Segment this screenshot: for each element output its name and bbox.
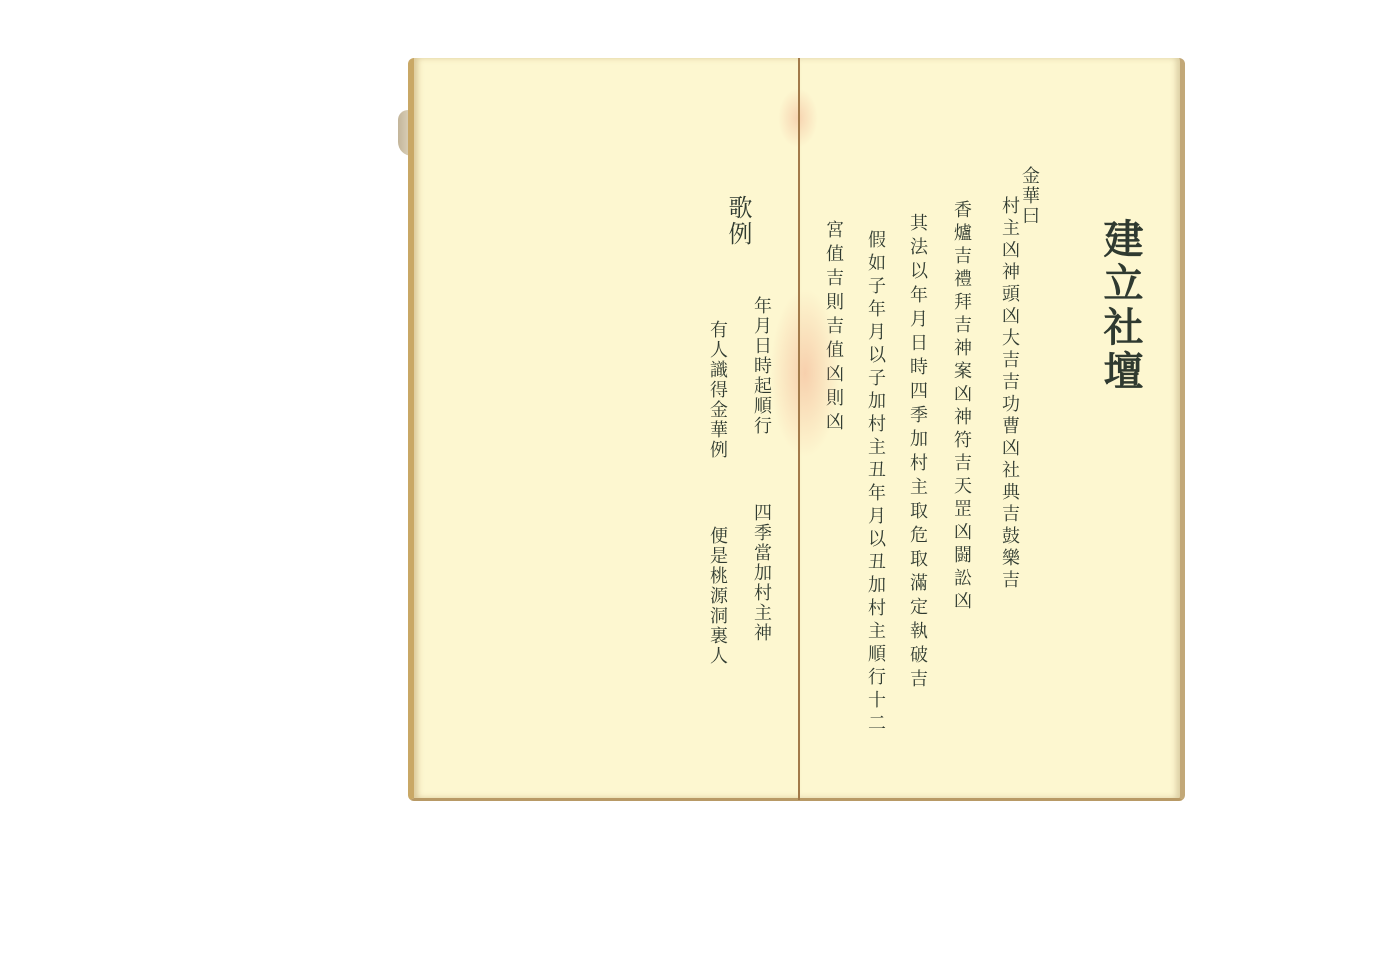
- verse-line-1a: 年月日時起順行: [752, 296, 770, 436]
- book-gutter: [798, 58, 800, 800]
- verse-line-2a: 有人識得金華例: [708, 320, 726, 460]
- verse-line-1b: 四季當加村主神: [752, 503, 770, 643]
- text-column-3: 香爐吉禮拜吉神案凶神符吉天罡凶闘訟凶: [952, 200, 970, 614]
- text-column-1: 金華曰: [1020, 166, 1038, 226]
- left-heading: 歌例: [726, 195, 750, 247]
- page-title: 建立社壇: [1100, 218, 1140, 394]
- text-column-5: 假如子年月以子加村主丑年月以丑加村主順行十二: [866, 230, 884, 736]
- verse-line-2b: 便是桃源洞裏人: [708, 526, 726, 666]
- open-book: 歌例 年月日時起順行 四季當加村主神 有人識得金華例 便是桃源洞裏人 建立社壇 …: [408, 58, 1188, 803]
- text-column-4: 其法以年月日時四季加村主取危取滿定執破吉: [908, 213, 926, 693]
- left-page: 歌例 年月日時起順行 四季當加村主神 有人識得金華例 便是桃源洞裏人: [408, 58, 806, 801]
- stain-mark: [770, 288, 840, 458]
- right-page: 建立社壇 金華曰 村主凶神頭凶大吉吉功曹凶社典吉鼓樂吉 香爐吉禮拜吉神案凶神符吉…: [800, 58, 1185, 801]
- text-column-2: 村主凶神頭凶大吉吉功曹凶社典吉鼓樂吉: [1000, 196, 1018, 592]
